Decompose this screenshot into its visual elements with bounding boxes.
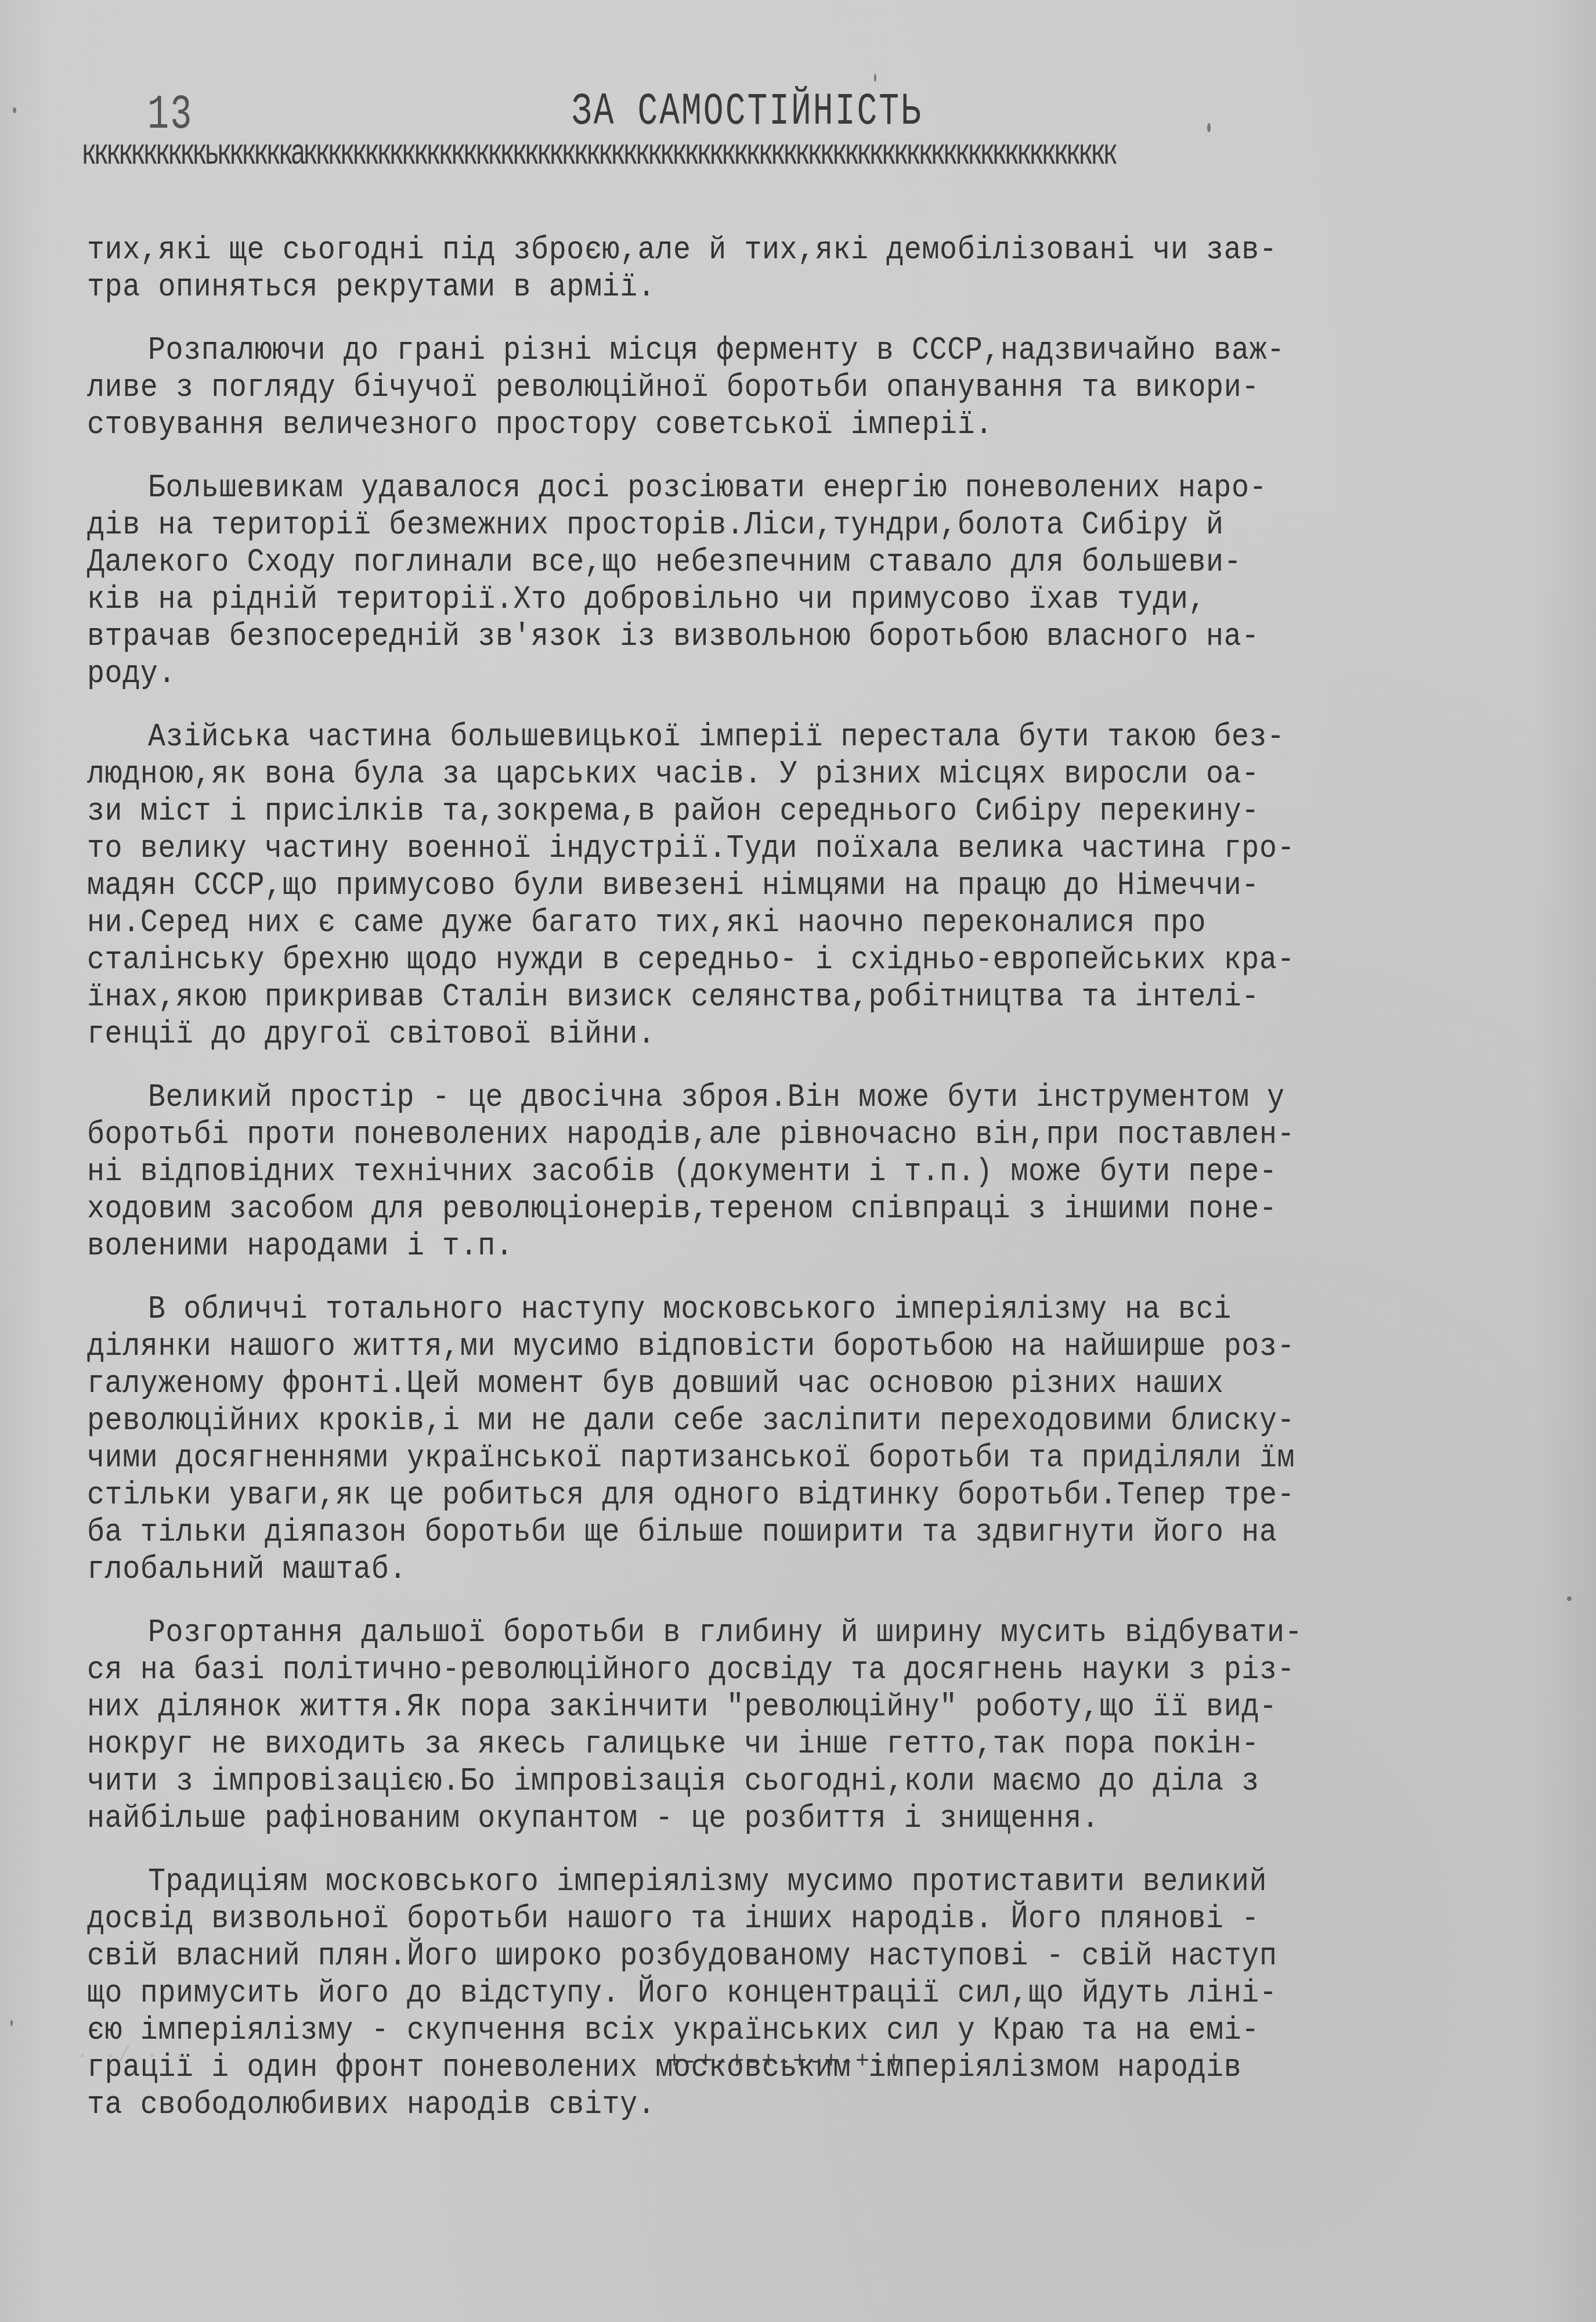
scanned-page: 13 ЗА САМОСТІЙНІСТЬ ккккккккккьккккккакк… [0,0,1596,2322]
text-line: ходовим засобом для революціонерів,терен… [87,1189,1526,1231]
text-line: тра опиняться рекрутами в армії. [87,267,1526,309]
paragraph-1: тих,які ще сьогодні під зброєю,але й тих… [87,232,1526,307]
text-line: В обличчі тотального наступу московськог… [87,1289,1526,1331]
paragraph-7: Розгортання дальшої боротьби в глибину й… [87,1615,1526,1838]
text-line: чими досягненнями української партизансь… [87,1438,1526,1480]
text-line: ні відповідних технічних засобів (докуме… [87,1152,1526,1194]
text-line: Розпалюючи до грані різні місця ферменту… [87,330,1526,372]
paragraph-2: Розпалюючи до грані різні місця ферменту… [87,333,1526,444]
end-separator: +-+-+-+-+-+-+-+ [667,2049,902,2075]
text-line: Традиціям московського імперіялізму муси… [87,1862,1526,1903]
scan-speck [1207,123,1211,132]
text-line: воленими народами і т.п. [87,1226,1526,1268]
text-line: нокруг не виходить за якесь галицьке чи … [87,1724,1526,1766]
text-line: Великий простір - це двосічна зброя.Він … [87,1077,1526,1119]
text-line: ся на базі політично-революційного досві… [87,1650,1526,1692]
text-line: тих,які ще сьогодні під зброєю,але й тих… [87,230,1526,272]
text-line: революційних кроків,і ми не дали себе за… [87,1401,1526,1443]
paragraph-4: Азійська частина большевицької імперії п… [87,719,1526,1054]
running-title: ЗА САМОСТІЙНІСТЬ [572,87,923,138]
text-line: зи міст і присілків та,зокрема,в район с… [87,791,1526,833]
text-line: єю імперіялізму - скупчення всіх українс… [87,2010,1526,2052]
typed-rule-line: ккккккккккьккккккакккккккккккккккккккккк… [81,134,1445,176]
body-text: тих,які ще сьогодні під зброєю,але й тих… [87,232,1526,2150]
text-line: ба тільки діяпазон боротьби ще більше по… [87,1512,1526,1554]
text-line: сталінську брехню щодо нужди в середньо-… [87,940,1526,982]
text-line: чити з імпровізацією.Бо імпровізація сьо… [87,1761,1526,1803]
scan-speck [874,74,876,82]
text-line: втрачав безпосередній зв'язок із визволь… [87,616,1526,658]
text-line: дів на території безмежних просторів.Ліс… [87,505,1526,547]
text-line: досвід визвольної боротьби нашого та інш… [87,1899,1526,1941]
scan-speck [1567,1596,1572,1601]
text-line: свій власний плян.Його широко розбудован… [87,1936,1526,1978]
paragraph-5: Великий простір - це двосічна зброя.Він … [87,1080,1526,1265]
text-line: то велику частину военної індустрії.Туди… [87,828,1526,870]
text-line: мадян СССР,що примусово були вивезені ні… [87,866,1526,907]
text-line: стовування величезного простору советськ… [87,405,1526,446]
paragraph-8: Традиціям московського імперіялізму муси… [87,1864,1526,2124]
text-line: стільки уваги,як це робиться для одного … [87,1475,1526,1517]
text-line: ливе з погляду бічучої революційної боро… [87,367,1526,409]
paragraph-6: В обличчі тотального наступу московськог… [87,1292,1526,1589]
faint-imprint-mark: · ·/ · · [75,2043,187,2069]
text-line: Большевикам удавалося досі розсіювати ен… [87,468,1526,510]
text-line: Азійська частина большевицької імперії п… [87,717,1526,759]
text-line: їнах,якою прикривав Сталін визиск селянс… [87,977,1526,1019]
text-line: та свободолюбивих народів світу. [87,2085,1526,2126]
text-line: роду. [87,654,1526,695]
scan-speck [10,2020,13,2026]
text-line: Далекого Сходу поглинали все,що небезпеч… [87,542,1526,584]
text-line: Розгортання дальшої боротьби в глибину й… [87,1613,1526,1654]
text-line: людною,як вона була за царських часів. У… [87,754,1526,796]
text-line: ків на рідній території.Хто добровільно … [87,579,1526,621]
text-line: генції до другої світової війни. [87,1014,1526,1056]
text-line: них ділянок життя.Як пора закінчити "рев… [87,1687,1526,1729]
text-line: галуженому фронті.Цей момент був довший … [87,1364,1526,1405]
text-line: найбільше рафінованим окупантом - це роз… [87,1798,1526,1840]
text-line: що примусить його до відступу. Його конц… [87,1973,1526,2015]
text-line: боротьбі проти поневолених народів,але р… [87,1115,1526,1156]
scan-speck [13,107,16,113]
paragraph-3: Большевикам удавалося досі розсіювати ен… [87,470,1526,693]
text-line: ни.Серед них є саме дуже багато тих,які … [87,903,1526,944]
text-line: ділянки нашого життя,ми мусимо відповіст… [87,1326,1526,1368]
text-line: глобальний маштаб. [87,1549,1526,1591]
